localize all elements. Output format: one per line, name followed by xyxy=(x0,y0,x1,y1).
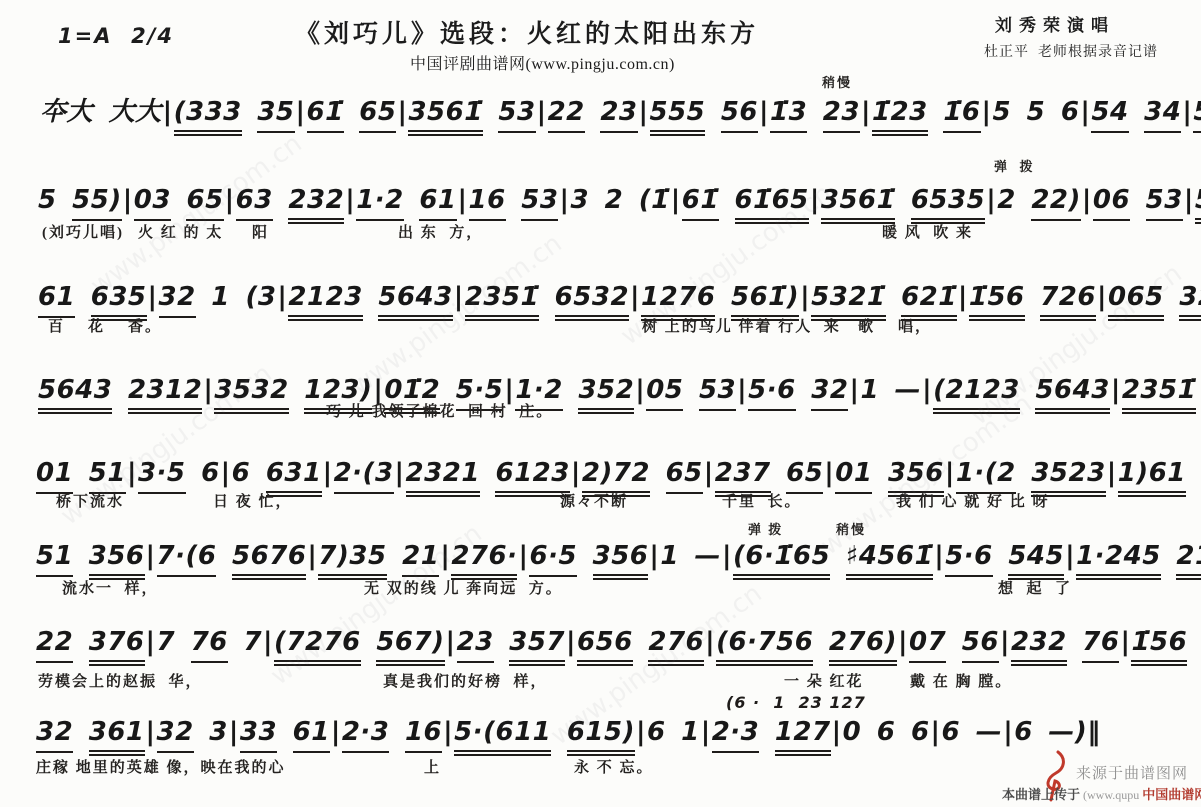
note-group: 61̇ xyxy=(307,96,344,133)
note-group: 726 xyxy=(1040,281,1096,321)
barline: | xyxy=(228,716,240,749)
note-group: 05 xyxy=(646,374,683,411)
barline: | xyxy=(442,716,454,749)
barline: | xyxy=(147,281,159,314)
note-group: 07 xyxy=(909,626,946,663)
note-group: 6 xyxy=(877,716,896,749)
performer-credit: 刘秀荣演唱 xyxy=(995,11,1115,36)
barline: | xyxy=(933,540,945,573)
note-group: 65 xyxy=(786,457,823,494)
note-group: 16 xyxy=(405,716,442,753)
note-group: 376 xyxy=(89,626,145,666)
note-group: 51 xyxy=(36,540,73,577)
note-group: 3·5 xyxy=(138,457,186,494)
barline: | xyxy=(396,96,408,129)
barline: | xyxy=(457,184,469,217)
barline: | xyxy=(704,626,716,659)
barline: | xyxy=(1064,540,1076,573)
barline: | xyxy=(634,374,646,407)
tempo-annotation: 弹 拨 xyxy=(748,519,783,538)
note-group: 5·(611 xyxy=(454,716,551,756)
lyric-segment: 阳 xyxy=(252,221,269,242)
note-group: 2 xyxy=(605,184,624,217)
barline: | xyxy=(1081,184,1093,217)
barline: | xyxy=(439,540,451,573)
note-group: 22 xyxy=(36,626,73,663)
note-group: 1)61 xyxy=(1118,457,1186,497)
note-group: 321̇6 xyxy=(1179,281,1201,321)
lyric-segment: 源々不断 xyxy=(560,490,628,511)
notation-line-6: 51 356|7·(6 5676|7)35 21|276·|6·5 356|1 … xyxy=(36,540,1201,580)
barline: | xyxy=(145,716,157,749)
note-group: 615) xyxy=(567,716,635,756)
note-group: 361 xyxy=(89,716,145,756)
barline: | xyxy=(1096,281,1108,314)
note-group: 2321 xyxy=(406,457,480,497)
note-group: 56 xyxy=(721,96,758,133)
page-subtitle: 中国评剧曲谱网(www.pingju.com.cn) xyxy=(410,51,675,74)
note-group: ♯4561̇ xyxy=(846,540,933,580)
note-group: — xyxy=(695,540,722,573)
barline: | xyxy=(1119,626,1131,659)
note-group: (2123 xyxy=(933,374,1020,414)
note-group: 03 xyxy=(134,184,171,221)
note-group: — xyxy=(976,716,1003,749)
note-group: 32 xyxy=(811,374,848,411)
note-group: 32 xyxy=(157,716,194,753)
note-group: 1 xyxy=(211,281,230,314)
note-group: 01 xyxy=(36,457,73,494)
lyric-segment: 火 红 的 太 xyxy=(138,221,223,242)
note-group: 16 xyxy=(469,184,506,221)
barline: | xyxy=(1181,96,1193,129)
lyric-segment: 百 花 香。 xyxy=(48,315,162,336)
note-group: 6535 xyxy=(911,184,985,224)
barline: | xyxy=(629,281,641,314)
note-group: 22 xyxy=(548,96,585,133)
barline: | xyxy=(860,96,872,129)
note-group: 6 xyxy=(232,457,251,490)
note-group: 53 xyxy=(1146,184,1183,221)
note-group: 0 xyxy=(843,716,862,749)
note-group: 56 xyxy=(962,626,999,663)
lyric-segment: 戴 在 胸 膛。 xyxy=(910,670,1012,691)
lyric-segment: 无 双的线 儿 奔向远 方。 xyxy=(364,577,563,598)
note-group: 1·245 xyxy=(1076,540,1161,580)
note-group: 2123 xyxy=(288,281,362,321)
lyric-segment: 暖 风 吹 来 xyxy=(882,221,973,242)
barline: | xyxy=(330,716,342,749)
barline: | xyxy=(921,374,933,407)
lyric-segment: 永 不 忘。 xyxy=(574,756,654,777)
lyric-segment: 一 朵 红花 xyxy=(784,670,864,691)
note-group: 32 xyxy=(36,716,73,753)
note-group: 76 xyxy=(1082,626,1119,663)
notation-line-1: 夲大 大大|(333 35|61̇ 65|3561̇ 53|22 23|555 … xyxy=(40,96,1201,136)
note-group: 夲大 xyxy=(40,96,93,129)
note-group: 1 xyxy=(860,374,879,407)
note-group: 545 xyxy=(1008,540,1064,580)
lyric-segment: 劳模会上的赵振 华， xyxy=(38,670,203,691)
barline: | xyxy=(848,374,860,407)
footer-upload-text: 本曲谱上传于 xyxy=(1002,787,1080,802)
small-notation-annotation: (6 · 1 23 127 xyxy=(726,693,866,712)
notation-line-8: 32 361|32 3|33 61|2·3 16|5·(611 615)|6 1… xyxy=(36,716,1101,756)
lyric-segment: 巧 儿 我领了棉花 回 村 庄。 xyxy=(326,400,553,421)
barline: | xyxy=(831,716,843,749)
notation-line-7: 22 376|7 76 7|(7276 567)|23 357|656 276|… xyxy=(36,626,1201,666)
note-group: 6 xyxy=(1061,96,1080,129)
tempo-annotation: 弹 拨 xyxy=(994,156,1035,175)
barline: | xyxy=(930,716,942,749)
barline: | xyxy=(145,626,157,659)
note-group: 61 xyxy=(38,281,75,318)
note-group: 555 xyxy=(650,96,706,136)
note-group: 6532 xyxy=(555,281,629,321)
note-group: 34 xyxy=(1144,96,1181,133)
lyric-segment: 出 东 方， xyxy=(398,221,483,242)
note-group: 1̇56 xyxy=(1131,626,1187,666)
barline: | xyxy=(1110,374,1122,407)
note-group: 51 xyxy=(89,457,126,494)
note-group: 127 xyxy=(775,716,831,756)
note-group: 1·(2 xyxy=(956,457,1016,494)
note-group: 1 xyxy=(660,540,679,573)
note-group: 276 xyxy=(648,626,704,666)
barline: | xyxy=(703,457,715,490)
note-group: 6·5 xyxy=(529,540,577,577)
note-group: 3 xyxy=(209,716,228,749)
barline: | xyxy=(517,540,529,573)
note-group: 1̇23 xyxy=(872,96,928,136)
barline: | xyxy=(1079,96,1091,129)
lyric-segment: 庄稼 地里的英雄 像，映在我的心 xyxy=(36,756,286,777)
note-group: 61̇ xyxy=(682,184,719,221)
note-group: 53 xyxy=(498,96,535,133)
barline: | xyxy=(295,96,307,129)
note-group: 276· xyxy=(451,540,517,580)
note-group: 23 xyxy=(457,626,494,663)
note-group: 7 xyxy=(243,626,262,659)
note-group: 65 xyxy=(666,457,703,494)
note-group: 5643 xyxy=(378,281,452,321)
note-group: 23 xyxy=(600,96,637,133)
barline: | xyxy=(897,626,909,659)
sheet-music-page: 1=A 2/4 《刘巧儿》选段：火红的太阳出东方 中国评剧曲谱网(www.pin… xyxy=(0,0,1201,807)
note-group: 1 xyxy=(681,716,700,749)
note-group: 065 xyxy=(1108,281,1164,321)
note-group: 22) xyxy=(1031,184,1081,221)
lyric-segment: (刘巧儿唱) xyxy=(42,221,124,242)
barline: | xyxy=(1002,716,1014,749)
note-group: 23 xyxy=(823,96,860,133)
note-group: — xyxy=(895,374,922,407)
note-group: 357 xyxy=(509,626,565,666)
note-group: 5 xyxy=(38,184,57,217)
page-title: 《刘巧儿》选段：火红的太阳出东方 xyxy=(295,14,759,50)
footer-site-name: 中国曲谱网 xyxy=(1142,787,1201,802)
barline: | xyxy=(944,457,956,490)
barline: | xyxy=(985,184,997,217)
notation-line-2: 5 55)|03 65|63 232|1·2 61|16 53|3 2 (1̇|… xyxy=(38,184,1201,224)
barline: | xyxy=(558,184,570,217)
note-group: 6 xyxy=(1014,716,1033,749)
note-group: 356 xyxy=(89,540,145,580)
note-group: (3 xyxy=(245,281,276,314)
key-time-signature: 1=A 2/4 xyxy=(58,24,174,48)
note-group: 1̇6 xyxy=(943,96,980,133)
barline: | xyxy=(721,540,733,573)
note-group: 232 xyxy=(288,184,344,224)
barline: | xyxy=(999,626,1011,659)
barline: | xyxy=(344,184,356,217)
note-group: 2·3 xyxy=(712,716,760,753)
note-group: 01 xyxy=(835,457,872,494)
note-group: 7·(6 xyxy=(157,540,217,577)
note-group: 33 xyxy=(240,716,277,753)
note-group: (1̇ xyxy=(639,184,670,217)
note-group: 5643 xyxy=(38,374,112,414)
barline: | xyxy=(823,457,835,490)
barline: | xyxy=(306,540,318,573)
barline: | xyxy=(957,281,969,314)
barline: | xyxy=(799,281,811,314)
barline: | xyxy=(445,626,457,659)
transcriber-credit: 杜正平 老师根据录音记谱 xyxy=(984,41,1158,61)
note-group: 5 xyxy=(1027,96,1046,129)
note-group: 56 xyxy=(1193,96,1201,133)
barline: | xyxy=(162,96,174,129)
barline: | xyxy=(122,184,134,217)
note-group: 356 xyxy=(593,540,649,580)
note-group: 523 xyxy=(1195,184,1201,224)
note-group: 6 xyxy=(942,716,961,749)
note-group: 55) xyxy=(72,184,122,221)
note-group: 276) xyxy=(829,626,897,666)
note-group: 2172 xyxy=(1176,540,1201,580)
note-group: 21 xyxy=(402,540,439,577)
barline: | xyxy=(670,184,682,217)
note-group: 5·6 xyxy=(945,540,993,577)
barline: | xyxy=(1183,184,1195,217)
barline: | xyxy=(536,96,548,129)
note-group: 6 xyxy=(647,716,666,749)
lyric-segment: 桥下流水 xyxy=(56,490,124,511)
barline: | xyxy=(700,716,712,749)
barline: | xyxy=(981,96,993,129)
note-group: 大大 xyxy=(109,96,162,129)
note-group: 61 xyxy=(293,716,330,753)
barline: | xyxy=(145,540,157,573)
note-group: 5643 xyxy=(1035,374,1109,414)
barline: | xyxy=(809,184,821,217)
note-group: 76 xyxy=(191,626,228,663)
barline: | xyxy=(1106,457,1118,490)
note-group: 232 xyxy=(1011,626,1067,666)
note-group: 35 xyxy=(257,96,294,133)
note-group: (7276 xyxy=(274,626,361,666)
barline: | xyxy=(126,457,138,490)
source-watermark: 来源于曲谱图网 xyxy=(1076,762,1188,783)
note-group: 3532 xyxy=(214,374,288,414)
note-group: 6 xyxy=(201,457,220,490)
note-group: 2 xyxy=(997,184,1016,217)
tempo-annotation: 稍慢 xyxy=(822,72,852,91)
barline: | xyxy=(394,457,406,490)
note-group: (6·756 xyxy=(716,626,813,666)
note-group: 5 xyxy=(993,96,1012,129)
note-group: 2·3 xyxy=(342,716,390,753)
barline: | xyxy=(758,96,770,129)
note-group: 3 xyxy=(570,184,589,217)
note-group: 65 xyxy=(359,96,396,133)
note-group: 63 xyxy=(236,184,273,221)
lyric-segment: 流水一 样， xyxy=(62,577,159,598)
barline: | xyxy=(276,281,288,314)
note-group: 1̇56 xyxy=(969,281,1025,321)
lyric-segment: 真是我们的好榜 样， xyxy=(383,670,548,691)
note-group: 61̇65 xyxy=(735,184,809,224)
barline: | xyxy=(736,374,748,407)
note-group: 1̇3 xyxy=(770,96,807,133)
lyric-segment: 日 夜 忙， xyxy=(213,490,293,511)
notation-line-3: 61 635|32 1 (3|2123 5643|2351̇ 6532|1276… xyxy=(38,281,1201,321)
footer-url-text: (www.qupu xyxy=(1080,788,1142,802)
barline: | xyxy=(224,184,236,217)
barline: | xyxy=(648,540,660,573)
note-group: 3561̇ xyxy=(821,184,895,224)
note-group: 6123 xyxy=(495,457,569,497)
barline: | xyxy=(570,457,582,490)
barline: | xyxy=(638,96,650,129)
note-group: 1·2 xyxy=(356,184,404,221)
note-group: 6 xyxy=(911,716,930,749)
note-group: (6·1̇65 xyxy=(733,540,830,580)
note-group: 2351̇ xyxy=(465,281,539,321)
note-group: 656 xyxy=(577,626,633,666)
lyric-segment: 想 起 了 xyxy=(998,577,1072,598)
note-group: 06 xyxy=(1093,184,1130,221)
note-group: 53 xyxy=(521,184,558,221)
note-group: 7 xyxy=(157,626,176,659)
barline: | xyxy=(202,374,214,407)
note-group: 54 xyxy=(1091,96,1128,133)
note-group: —)‖ xyxy=(1048,716,1100,749)
tempo-annotation: 稍慢 xyxy=(836,519,866,538)
note-group: 61 xyxy=(419,184,456,221)
note-group: 5676 xyxy=(232,540,306,580)
note-group: 567) xyxy=(376,626,444,666)
lyric-segment: 树 上的鸟儿 伴着 行人 来 歌 唱， xyxy=(642,315,932,336)
note-group: 65 xyxy=(186,184,223,221)
note-group: 7)35 xyxy=(318,540,386,580)
note-group: (333 xyxy=(174,96,242,136)
lyric-segment: 上 xyxy=(424,756,441,777)
note-group: 32 xyxy=(159,281,196,318)
barline: | xyxy=(322,457,334,490)
barline: | xyxy=(220,457,232,490)
note-group: 3561̇ xyxy=(408,96,482,136)
barline: | xyxy=(262,626,274,659)
note-group: 2312 xyxy=(128,374,202,414)
barline: | xyxy=(565,626,577,659)
note-group: 2351̇ xyxy=(1122,374,1196,414)
barline: | xyxy=(635,716,647,749)
lyric-segment: 千里 长。 xyxy=(722,490,802,511)
footer-watermark: 本曲谱上传于 (www.qupu 中国曲谱网 xyxy=(1002,784,1201,803)
note-group: 5·6 xyxy=(748,374,796,411)
lyric-segment: 我 们 心 就 好 比 呀 xyxy=(896,490,1050,511)
note-group: 352 xyxy=(578,374,634,414)
note-group: 53 xyxy=(699,374,736,411)
note-group: 2·(3 xyxy=(334,457,394,494)
notation-line-4: 5643 2312|3532 123)|01̇2 5·5|1·2 352|05 … xyxy=(38,374,1201,414)
barline: | xyxy=(453,281,465,314)
